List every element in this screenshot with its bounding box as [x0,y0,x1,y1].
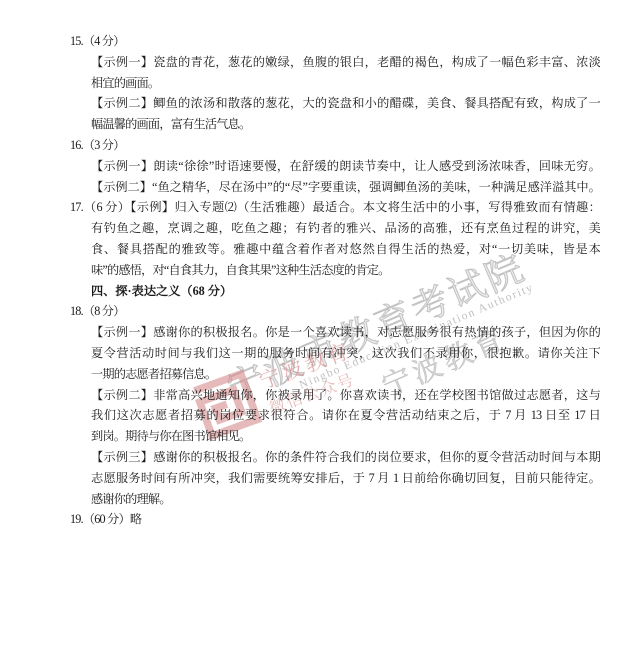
text-line: 到岗。期待与你在图书馆相见。 [91,426,600,447]
text-line: 【示例一】感谢你的积极报名。你是一个喜欢读书，对志愿服务很有热情的孩子，但因为你… [91,322,600,343]
text-line: 我们这次志愿者招募的岗位要求很符合。请你在夏令营活动结束之后，于 7 月 13 … [91,405,600,426]
answer-key-page: 宁波市教育考试院 Ningbo Education Examination Au… [0,0,638,670]
text-line: 有钓鱼之趣，烹调之趣，吃鱼之趣；有钓者的雅兴、品汤的高雅，还有烹鱼过程的讲究，美 [91,218,600,239]
text-line: 19.（60 分）略 [70,509,600,530]
text-line: 【示例一】瓷盘的青花，葱花的嫩绿，鱼腹的银白，老醋的褐色，构成了一幅色彩丰富、浓… [91,52,600,73]
text-line: 夏令营活动时间与我们这一期的服务时间有冲突，这次我们不录用你，很抱歉。请你关注下 [91,343,600,364]
text-line: 【示例二】非常高兴地通知你，你被录用了。你喜欢读书，还在学校图书馆做过志愿者，这… [91,385,600,406]
text-line: 【示例二】鲫鱼的浓汤和散落的葱花，大的瓷盘和小的醋碟，美食、餐具搭配有致，构成了… [91,93,600,114]
text-line: 15.（4 分） [70,31,600,52]
document-lines: 15.（4 分）【示例一】瓷盘的青花，葱花的嫩绿，鱼腹的银白，老醋的褐色，构成了… [70,31,600,530]
text-line: 【示例三】感谢你的积极报名。你的条件符合我们的岗位要求，但你的夏令营活动时间与本… [91,447,600,468]
text-line: 17.（6 分）【示例】归入专题⑵（生活雅趣）最适合。本文将生活中的小事，写得雅… [70,197,600,218]
text-line: 18.（8 分） [70,301,600,322]
text-line: 志愿服务时间有所冲突，我们需要统筹安排后，于 7 月 1 日前给你确切回复，目前… [91,468,600,489]
text-line: 16.（3 分） [70,135,600,156]
text-line: 幅温馨的画面，富有生活气息。 [91,114,600,135]
text-line: 四、探·表达之义（68 分） [91,281,600,302]
text-line: 味”的感悟，对“自食其力，自食其果”这种生活态度的肯定。 [91,260,600,281]
text-line: 食、餐具搭配的雅致等。雅趣中蕴含着作者对悠然自得生活的热爱，对“一切美味，皆是本 [91,239,600,260]
text-line: 一期的志愿者招募信息。 [91,364,600,385]
text-line: 相宜的画面。 [91,73,600,94]
text-line: 【示例二】“鱼之精华，尽在汤中”的“尽”字要重读，强调鲫鱼汤的美味，一种满足感洋… [91,177,600,198]
text-line: 【示例一】朗读“徐徐”时语速要慢，在舒缓的朗读节奏中，让人感受到汤浓味香，回味无… [91,156,600,177]
text-line: 感谢你的理解。 [91,489,600,510]
